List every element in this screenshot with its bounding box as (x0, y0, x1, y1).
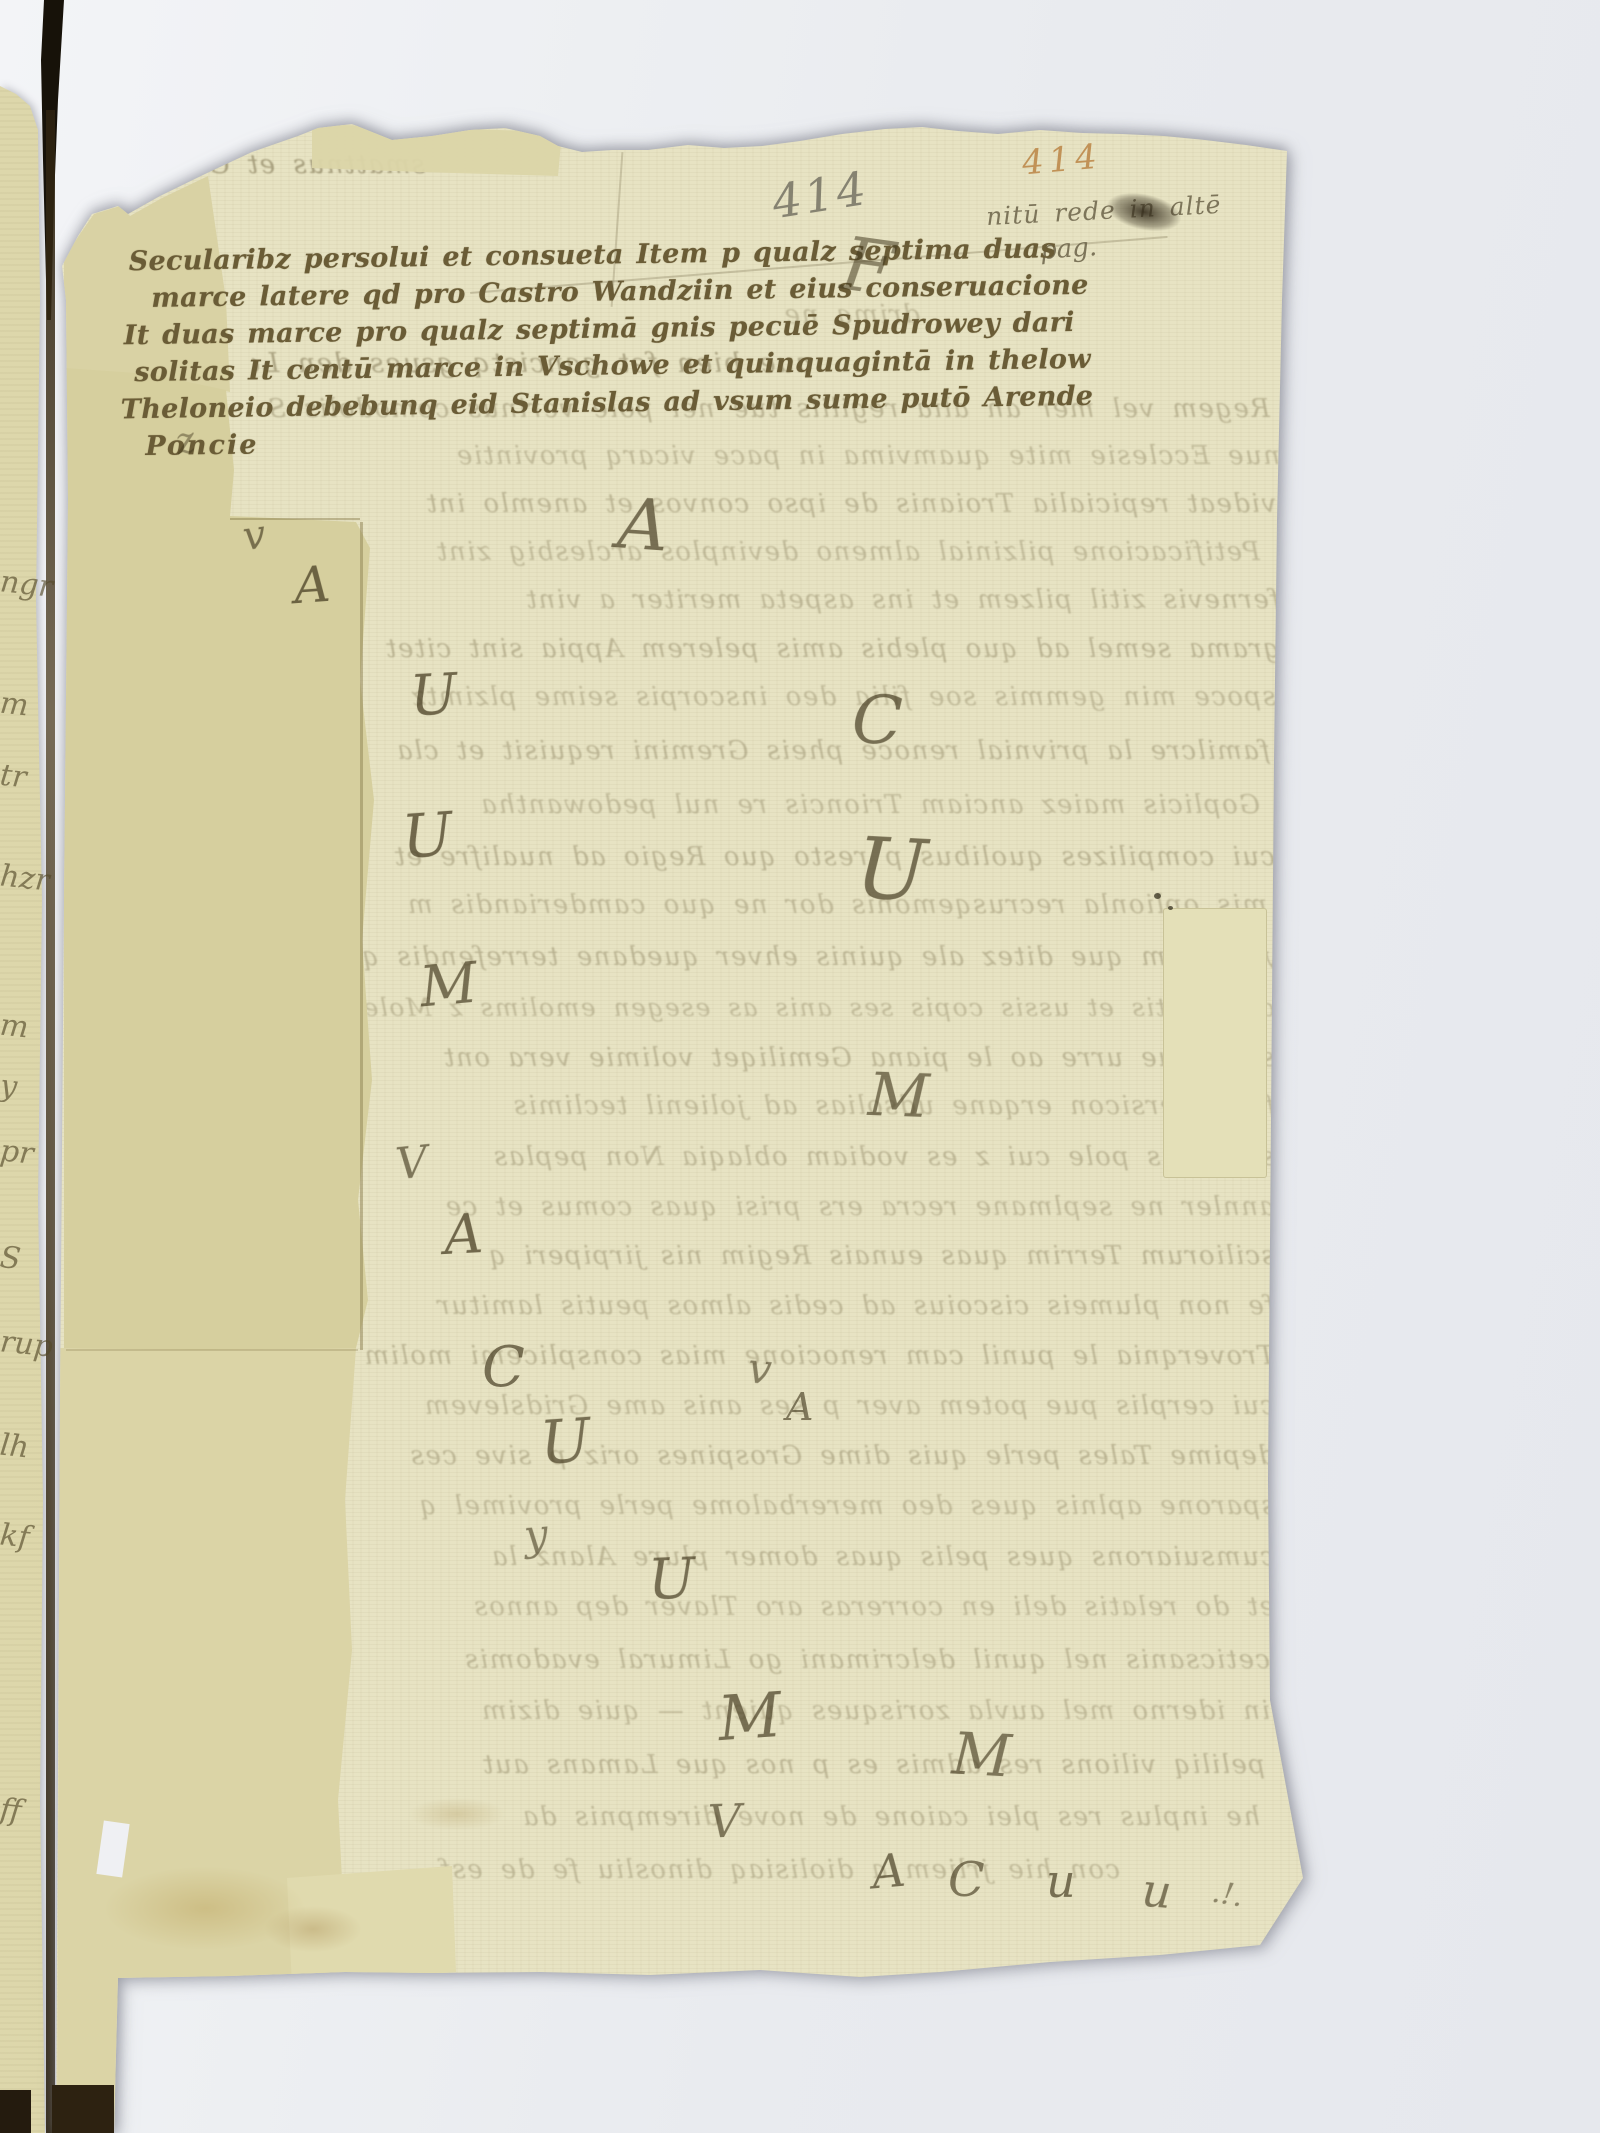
binding-bottom-block (52, 2085, 114, 2133)
edge-fragment: y (0, 1071, 18, 1103)
edge-fragment: S (0, 1243, 22, 1275)
edge-fragment: m (0, 1011, 30, 1044)
edge-fragment: kf (0, 1521, 31, 1554)
edge-fragment: m (0, 689, 30, 722)
edge-fragment: rup (0, 1327, 54, 1362)
binding-bottom-block (0, 2090, 31, 2133)
edge-fragment: lh (0, 1431, 30, 1464)
scan-background: { "folio": { "pencil_number": "414", "ch… (0, 0, 1600, 2133)
ink-layer: 414 414 nitū rede in altē pag. Secularib… (0, 0, 1600, 2133)
edge-fragment-layer: ngrmtrhzrmyprSruplhkfff (0, 0, 1600, 2133)
edge-fragment: pr (0, 1136, 35, 1169)
edge-fragment: ngr (0, 567, 54, 602)
edge-fragment: ff (0, 1795, 23, 1827)
edge-fragment: tr (0, 761, 28, 794)
edge-fragment: hzr (0, 861, 51, 896)
